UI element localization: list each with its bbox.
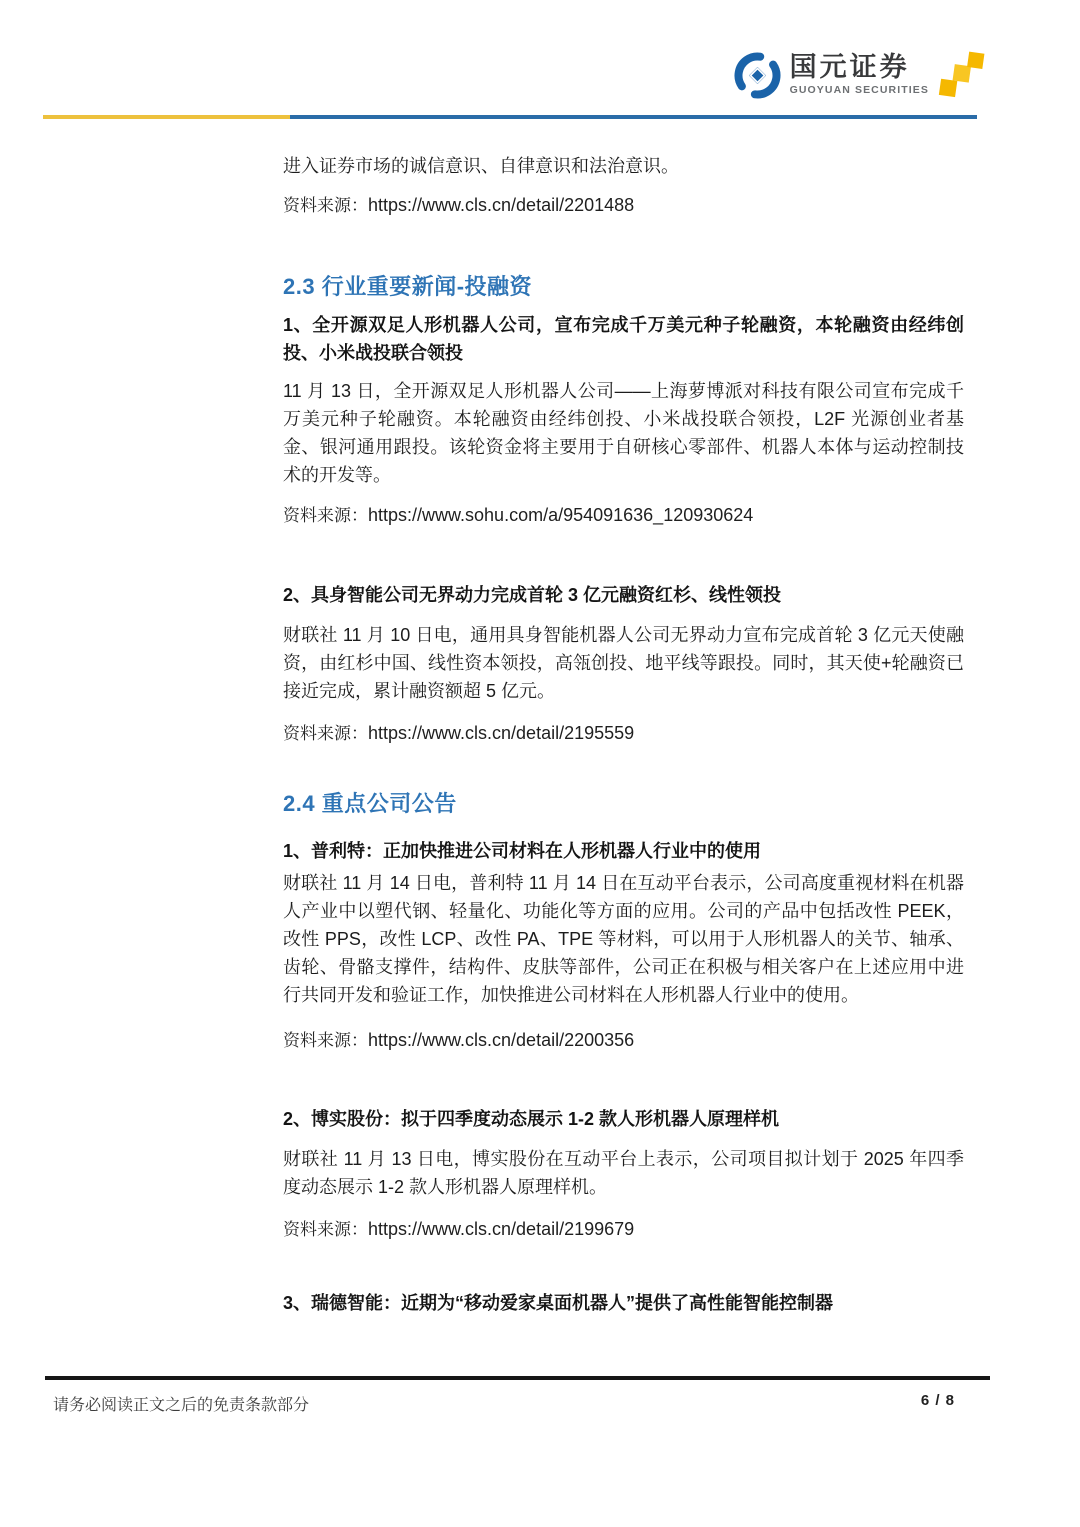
guoyuan-logo-icon bbox=[734, 52, 781, 99]
intro-paragraph: 进入证券市场的诚信意识、自律意识和法治意识。 bbox=[283, 152, 964, 180]
announcement-title: 3、瑞德智能：近期为“移动爱家桌面机器人”提供了高性能智能控制器 bbox=[283, 1289, 964, 1317]
source-label: 资料来源： bbox=[283, 724, 368, 743]
source-url: https://www.cls.cn/detail/2201488 bbox=[368, 195, 634, 215]
source-label: 资料来源： bbox=[283, 196, 368, 215]
announcement-body: 财联社 11 月 14 日电，普利特 11 月 14 日在互动平台表示，公司高度… bbox=[283, 869, 964, 1009]
source-url: https://www.sohu.com/a/954091636_1209306… bbox=[368, 505, 753, 525]
source-label: 资料来源： bbox=[283, 1031, 368, 1050]
report-page: 国元证券 GUOYUAN SECURITIES 进入证券市场的诚信意识、自律意识… bbox=[0, 0, 1080, 1527]
logo-squares-icon bbox=[938, 48, 988, 102]
footer-disclaimer: 请务必阅读正文之后的免责条款部分 bbox=[53, 1392, 309, 1415]
section-heading-2-3: 2.3 行业重要新闻-投融资 bbox=[283, 272, 964, 302]
source-line: 资料来源：https://www.cls.cn/detail/2201488 bbox=[283, 191, 964, 220]
news-item-title: 2、具身智能公司无界动力完成首轮 3 亿元融资红杉、线性领投 bbox=[283, 581, 964, 609]
announcement-title: 1、普利特：正加快推进公司材料在人形机器人行业中的使用 bbox=[283, 837, 964, 865]
news-item-title: 1、全开源双足人形机器人公司，宣布完成千万美元种子轮融资，本轮融资由经纬创投、小… bbox=[283, 311, 964, 367]
source-label: 资料来源： bbox=[283, 1220, 368, 1239]
source-line: 资料来源：https://www.cls.cn/detail/2195559 bbox=[283, 719, 964, 748]
announcement-title: 2、博实股份：拟于四季度动态展示 1-2 款人形机器人原理样机 bbox=[283, 1105, 964, 1133]
brand-name-cn: 国元证券 bbox=[790, 54, 929, 81]
source-url: https://www.cls.cn/detail/2195559 bbox=[368, 723, 634, 743]
source-url: https://www.cls.cn/detail/2200356 bbox=[368, 1030, 634, 1050]
brand-name-en: GUOYUAN SECURITIES bbox=[790, 85, 929, 96]
footer-divider bbox=[45, 1376, 990, 1380]
source-line: 资料来源：https://www.sohu.com/a/954091636_12… bbox=[283, 501, 964, 530]
page-number: 6 / 8 bbox=[905, 1392, 955, 1409]
source-url: https://www.cls.cn/detail/2199679 bbox=[368, 1219, 634, 1239]
header-divider-yellow bbox=[43, 115, 290, 119]
header-divider-blue bbox=[290, 115, 977, 119]
announcement-body: 财联社 11 月 13 日电，博实股份在互动平台上表示，公司项目拟计划于 202… bbox=[283, 1145, 964, 1201]
section-heading-2-4: 2.4 重点公司公告 bbox=[283, 789, 964, 819]
brand-text: 国元证券 GUOYUAN SECURITIES bbox=[790, 54, 929, 96]
source-line: 资料来源：https://www.cls.cn/detail/2200356 bbox=[283, 1026, 964, 1055]
news-item-body: 财联社 11 月 10 日电，通用具身智能机器人公司无界动力宣布完成首轮 3 亿… bbox=[283, 621, 964, 705]
source-label: 资料来源： bbox=[283, 506, 368, 525]
source-line: 资料来源：https://www.cls.cn/detail/2199679 bbox=[283, 1215, 964, 1244]
news-item-body: 11 月 13 日，全开源双足人形机器人公司——上海萝博派对科技有限公司宣布完成… bbox=[283, 377, 964, 489]
page-header: 国元证券 GUOYUAN SECURITIES bbox=[734, 48, 988, 102]
header-divider bbox=[43, 115, 977, 119]
